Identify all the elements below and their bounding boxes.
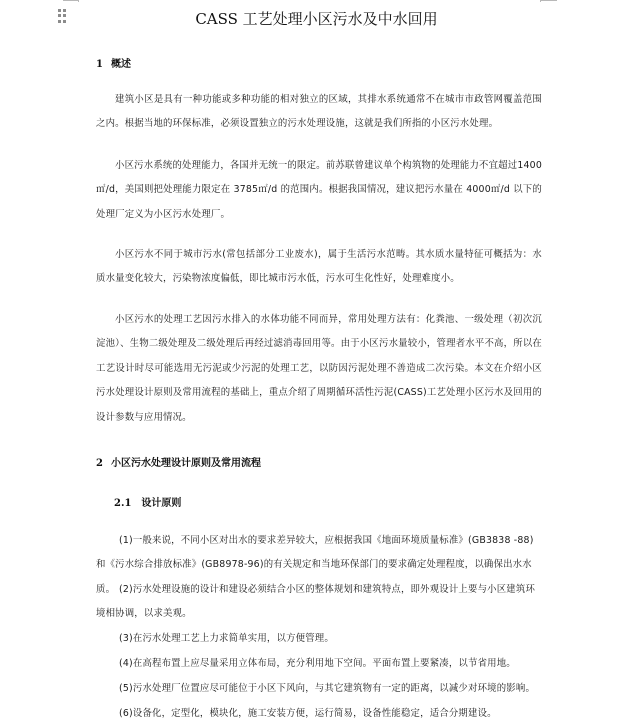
paragraph: 建筑小区是具有一种功能或多种功能的相对独立的区域，其排水系统通常不在城市市政管网…	[96, 88, 542, 137]
subsection-number: 2.1	[114, 498, 131, 509]
list-item: (6)设备化，定型化，模块化，施工安装方便，运行简易，设备性能稳定，适合分期建设…	[96, 702, 542, 726]
page-corner-mark-left	[63, 0, 79, 2]
list-item: (5)污水处理厂位置应尽可能位于小区下风向，与其它建筑物有一定的距离，以减少对环…	[96, 677, 542, 701]
paragraph: 小区污水系统的处理能力，各国并无统一的限定。前苏联曾建议单个构筑物的处理能力不宜…	[96, 154, 542, 227]
list-item: (4)在高程布置上应尽量采用立体布局，充分利用地下空间。平面布置上要紧凑，以节省…	[96, 652, 542, 676]
list-item: (2)污水处理设施的设计和建设必须结合小区的整体规划和建筑特点，即外观设计上要与…	[96, 578, 542, 627]
section-heading-1: 1概述	[96, 55, 131, 70]
section-title: 小区污水处理设计原则及常用流程	[111, 458, 261, 469]
document-title: CASS 工艺处理小区污水及中水回用	[0, 8, 633, 29]
section-heading-2: 2小区污水处理设计原则及常用流程	[96, 454, 261, 469]
subsection-title: 设计原则	[141, 498, 181, 509]
section-number: 1	[96, 59, 103, 70]
page-corner-mark-right	[540, 0, 557, 2]
paragraph: 小区污水不同于城市污水(常包括部分工业废水)，属于生活污水范畴。其水质水量特征可…	[96, 243, 542, 292]
section-title: 概述	[111, 59, 131, 70]
paragraph: 小区污水的处理工艺因污水排入的水体功能不同而异，常用处理方法有：化粪池、一级处理…	[96, 308, 542, 430]
subsection-heading: 2.1设计原则	[114, 494, 181, 509]
list-item: (3)在污水处理工艺上力求简单实用，以方便管理。	[96, 627, 542, 651]
section-number: 2	[96, 458, 103, 469]
